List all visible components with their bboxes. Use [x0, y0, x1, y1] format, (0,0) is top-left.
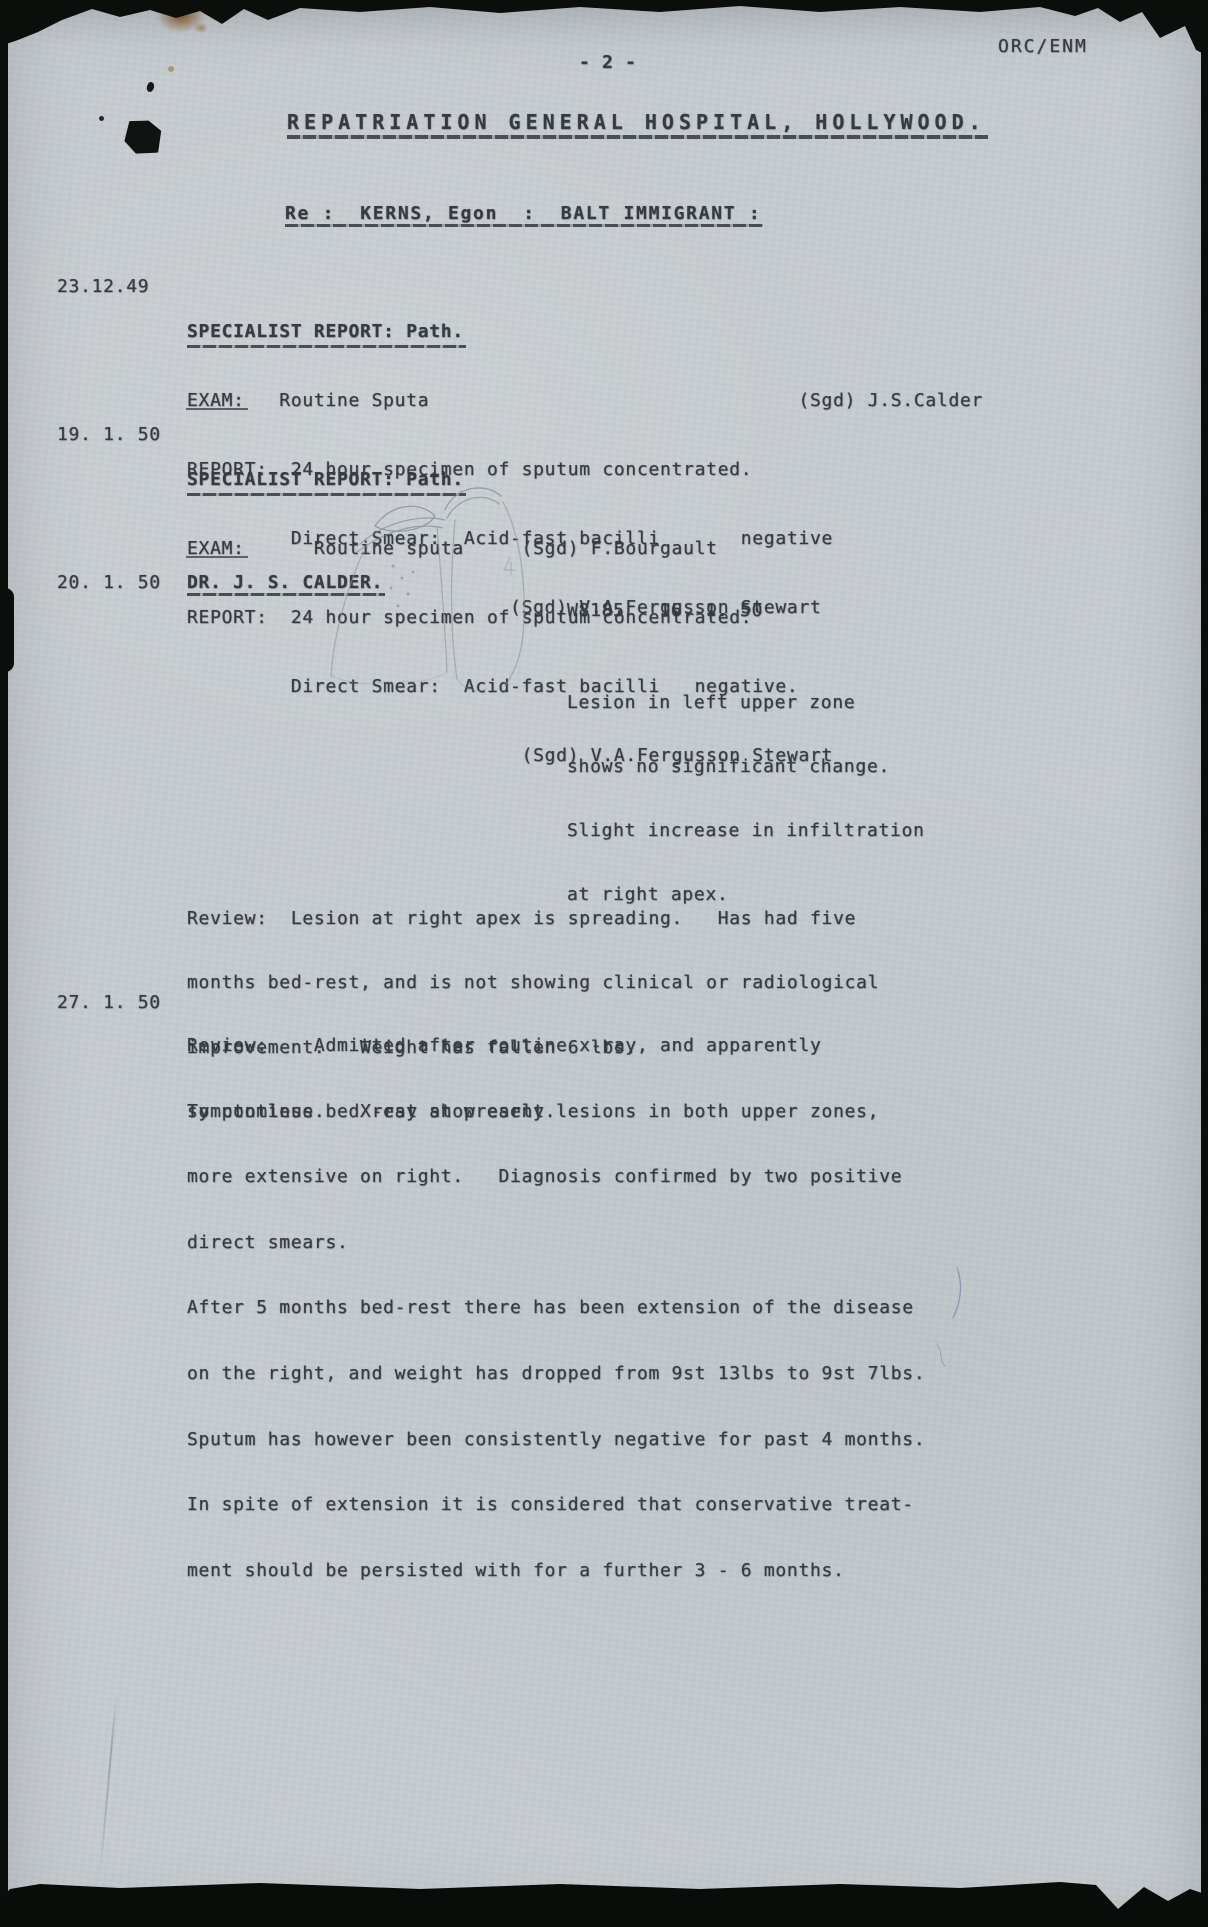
torn-paper-edge-bottom: [0, 1879, 1208, 1927]
ink-blob: [121, 116, 165, 158]
rust-stain-small: [193, 22, 209, 34]
subject-line: Re : KERNS, Egon : BALT IMMIGRANT :: [285, 203, 761, 224]
scanned-document-photo: ORC/ENM - 2 - REPATRIATION GENERAL HOSPI…: [0, 0, 1208, 1927]
entry-date: 20. 1. 50: [57, 572, 161, 593]
ink-speck: [146, 81, 156, 93]
reference-code: ORC/ENM: [998, 36, 1088, 57]
document-title: REPATRIATION GENERAL HOSPITAL, HOLLYWOOD…: [287, 110, 986, 134]
lung-sketch: [305, 474, 570, 699]
exam-line: EXAM: Routine Sputa (Sgd) J.S.Calder: [187, 387, 983, 414]
entry-date: 19. 1. 50: [57, 424, 161, 445]
page-edge-right: [1201, 0, 1208, 1927]
page-edge-left: [0, 0, 8, 1927]
entry-date: 23.12.49: [57, 276, 149, 297]
blue-pen-mark: [923, 1262, 993, 1372]
entry-heading: SPECIALIST REPORT: Path.: [187, 318, 983, 345]
review-paragraph: Review: Admitted after routine x-ray, an…: [187, 992, 925, 1624]
film-reference: W8185 16. 1. 50: [567, 600, 763, 621]
apex-infiltration-dots: [390, 565, 415, 608]
document-paper: ORC/ENM - 2 - REPATRIATION GENERAL HOSPI…: [7, 0, 1201, 1927]
paper-crease: [99, 1692, 118, 1881]
rust-speck: [168, 66, 174, 72]
page-edge-left-notch: [0, 588, 14, 672]
entry-date: 27. 1. 50: [57, 992, 161, 1013]
page-number: - 2 -: [579, 52, 637, 73]
ink-speck-small: [99, 116, 104, 121]
